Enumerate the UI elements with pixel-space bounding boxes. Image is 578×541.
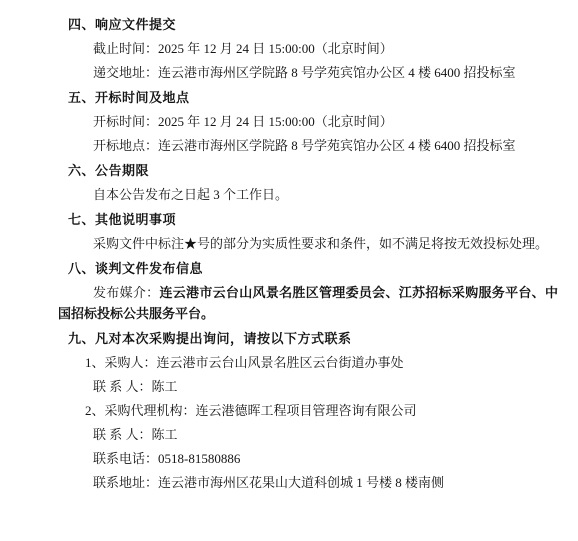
agency-contact-line: 联 系 人：陈工: [58, 424, 558, 445]
agency-contact-label: 联 系 人：: [93, 427, 152, 442]
bid-opening-place-line: 开标地点：连云港市海州区学院路 8 号学苑宾馆办公区 4 楼 6400 招投标室: [58, 135, 558, 156]
agency-label: 2、采购代理机构：: [85, 403, 196, 418]
submission-deadline-value: 2025 年 12 月 24 日 15:00:00（北京时间）: [158, 41, 393, 56]
release-media-label: 发布媒介：: [93, 285, 159, 300]
purchaser-value: 连云港市云台山风景名胜区云台街道办事处: [157, 355, 404, 370]
agency-address-label: 联系地址：: [93, 475, 158, 490]
bid-opening-place-value: 连云港市海州区学院路 8 号学苑宾馆办公区 4 楼 6400 招投标室: [158, 138, 516, 153]
section-4-heading: 四、响应文件提交: [58, 14, 558, 35]
section-7-heading: 七、其他说明事项: [58, 209, 558, 230]
agency-phone-line: 联系电话：0518-81580886: [58, 448, 558, 469]
announcement-period-line: 自本公告发布之日起 3 个工作日。: [58, 184, 558, 205]
submission-address-line: 递交地址：连云港市海州区学院路 8 号学苑宾馆办公区 4 楼 6400 招投标室: [58, 62, 558, 83]
submission-deadline-line: 截止时间：2025 年 12 月 24 日 15:00:00（北京时间）: [58, 38, 558, 59]
purchaser-contact-value: 陈工: [152, 379, 178, 394]
purchaser-label: 1、采购人：: [85, 355, 157, 370]
agency-contact-value: 陈工: [152, 427, 178, 442]
bid-opening-place-label: 开标地点：: [93, 138, 158, 153]
submission-deadline-label: 截止时间：: [93, 41, 158, 56]
bid-opening-time-label: 开标时间：: [93, 114, 158, 129]
section-8-heading: 八、谈判文件发布信息: [58, 258, 558, 279]
agency-address-line: 联系地址：连云港市海州区花果山大道科创城 1 号楼 8 楼南侧: [58, 472, 558, 493]
purchaser-contact-label: 联 系 人：: [93, 379, 152, 394]
agency-phone-label: 联系电话：: [93, 451, 158, 466]
submission-address-value: 连云港市海州区学院路 8 号学苑宾馆办公区 4 楼 6400 招投标室: [158, 65, 516, 80]
other-notes-line: 采购文件中标注★号的部分为实质性要求和条件，如不满足将按无效投标处理。: [58, 233, 558, 254]
section-9-heading: 九、凡对本次采购提出询问，请按以下方式联系: [58, 328, 558, 349]
procurement-notice-document: 四、响应文件提交 截止时间：2025 年 12 月 24 日 15:00:00（…: [0, 0, 578, 541]
agency-phone-value: 0518-81580886: [158, 451, 240, 466]
release-media-line: 发布媒介：连云港市云台山风景名胜区管理委员会、江苏招标采购服务平台、中国招标投标…: [58, 282, 558, 324]
submission-address-label: 递交地址：: [93, 65, 158, 80]
section-6-heading: 六、公告期限: [58, 160, 558, 181]
agency-address-value: 连云港市海州区花果山大道科创城 1 号楼 8 楼南侧: [158, 475, 444, 490]
purchaser-contact-line: 联 系 人：陈工: [58, 376, 558, 397]
bid-opening-time-line: 开标时间：2025 年 12 月 24 日 15:00:00（北京时间）: [58, 111, 558, 132]
section-5-heading: 五、开标时间及地点: [58, 87, 558, 108]
bid-opening-time-value: 2025 年 12 月 24 日 15:00:00（北京时间）: [158, 114, 393, 129]
agency-value: 连云港德晖工程项目管理咨询有限公司: [196, 403, 417, 418]
purchaser-line: 1、采购人：连云港市云台山风景名胜区云台街道办事处: [58, 352, 558, 373]
agency-line: 2、采购代理机构：连云港德晖工程项目管理咨询有限公司: [58, 400, 558, 421]
